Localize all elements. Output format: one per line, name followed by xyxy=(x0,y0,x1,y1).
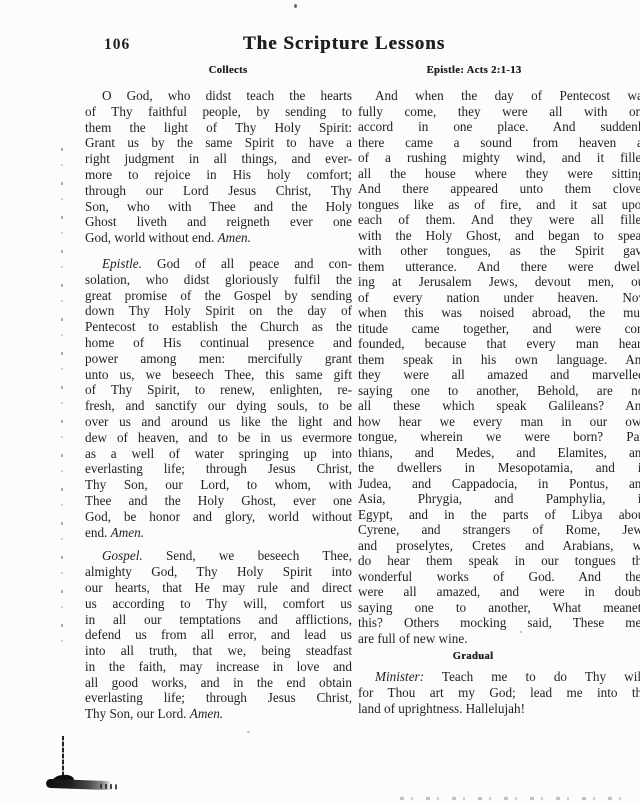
text-line: each of them. And they were all filled xyxy=(358,212,640,228)
text-line: everlasting life; through Jesus Christ, xyxy=(85,690,352,706)
text-line: wonderful works of God. And they xyxy=(358,569,640,585)
text-line: tongue, wherein we were born? Par- xyxy=(358,429,640,445)
text-line: down Thy Holy Spirit on the day of xyxy=(85,303,352,319)
scanned-book-page: 106 The Scripture Lessons Collects Epist… xyxy=(0,0,640,804)
text-line: solation, who didst gloriously fulfil th… xyxy=(85,272,352,288)
text-line: fully come, they were all with one xyxy=(358,104,640,120)
text-line: with the Holy Ghost, and began to speak xyxy=(358,228,640,244)
text-line: in all our temptations and afflictions, xyxy=(85,612,352,628)
text-line: Cyrene, and strangers of Rome, Jews xyxy=(358,522,640,538)
gradual-text-block: Minister: Teach me to do Thy will,for Th… xyxy=(358,669,640,718)
text-line: through our Lord Jesus Christ, Thy xyxy=(85,183,352,199)
gradual-heading: Gradual xyxy=(358,651,588,662)
text-line: when this was noised abroad, the mul- xyxy=(358,305,640,321)
text-line: of a rushing mighty wind, and it filled xyxy=(358,150,640,166)
ink-speckles-artifact xyxy=(100,784,118,790)
scan-speck xyxy=(247,731,250,733)
left-margin-scan-noise xyxy=(61,148,63,643)
text-line: Thy Son, our Lord, to whom, with xyxy=(85,477,352,493)
text-line: them utterance. And there were dwell- xyxy=(358,259,640,275)
text-line: Thy Son, our Lord. Amen. xyxy=(85,706,352,722)
text-line: with other tongues, as the Spirit gave xyxy=(358,243,640,259)
text-line: right judgment in all things, and ever- xyxy=(85,151,352,167)
text-line: us according to Thy will, comfort us xyxy=(85,596,352,612)
paragraph: Gospel. Send, we beseech Thee,almighty G… xyxy=(85,548,352,722)
text-line: God, be honor and glory, world without xyxy=(85,509,352,525)
bottom-edge-scan-noise xyxy=(400,797,625,800)
text-line: them speak in his own language. And xyxy=(358,352,640,368)
text-line: all the house where they were sitting. xyxy=(358,166,640,182)
text-line: thians, and Medes, and Elamites, and xyxy=(358,445,640,461)
text-line: do hear them speak in our tongues the xyxy=(358,553,640,569)
text-line: all these which speak Galileans? And xyxy=(358,398,640,414)
text-line: Son, who with Thee and the Holy xyxy=(85,199,352,215)
text-line: in the faith, may increase in love and xyxy=(85,659,352,675)
scan-speck xyxy=(294,4,297,8)
text-line: Asia, Phrygia, and Pamphylia, in xyxy=(358,491,640,507)
text-line: power among men: mercifully grant xyxy=(85,351,352,367)
text-line: how hear we every man in our own xyxy=(358,414,640,430)
text-line: ing at Jerusalem Jews, devout men, out xyxy=(358,274,640,290)
paragraph: O God, who didst teach the heartsof Thy … xyxy=(85,88,352,246)
text-line: O God, who didst teach the hearts xyxy=(85,88,352,104)
ink-smear-artifact xyxy=(46,779,112,790)
text-line: Judea, and Cappadocia, in Pontus, and xyxy=(358,476,640,492)
text-line: And when the day of Pentecost was xyxy=(358,88,640,104)
text-line: of Thy Spirit, to renew, enlighten, re- xyxy=(85,382,352,398)
text-line: land of uprightness. Hallelujah! xyxy=(358,701,640,717)
text-line: fresh, and sanctify our dying souls, to … xyxy=(85,398,352,414)
text-line: saying one to another, Behold, are not xyxy=(358,383,640,399)
text-line: them the light of Thy Holy Spirit: xyxy=(85,120,352,136)
text-line: all good works, and in the end obtain xyxy=(85,675,352,691)
text-line: are full of new wine. xyxy=(358,631,640,647)
right-text-column: And when the day of Pentecost wasfully c… xyxy=(358,88,640,646)
text-line: over us and around us like the light and xyxy=(85,414,352,430)
paragraph: Epistle. God of all peace and con-solati… xyxy=(85,256,352,540)
page-number: 106 xyxy=(104,36,130,54)
paragraph: And when the day of Pentecost wasfully c… xyxy=(358,88,640,646)
text-line: more to rejoice in His holy comfort; xyxy=(85,167,352,183)
text-line: Pentecost to establish the Church as the xyxy=(85,319,352,335)
text-line: and proselytes, Cretes and Arabians, we xyxy=(358,538,640,554)
text-line: into all truth, that we, being steadfast xyxy=(85,643,352,659)
text-line: they were all amazed and marvelled, xyxy=(358,367,640,383)
text-line: tongues like as of fire, and it sat upon xyxy=(358,197,640,213)
text-line: there came a sound from heaven as xyxy=(358,135,640,151)
text-line: for Thou art my God; lead me into the xyxy=(358,685,640,701)
text-line: home of His continual presence and xyxy=(85,335,352,351)
text-line: founded, because that every man heard xyxy=(358,336,640,352)
text-line: Gospel. Send, we beseech Thee, xyxy=(85,548,352,564)
ink-line-artifact xyxy=(62,736,64,780)
text-line: were all amazed, and were in doubt, xyxy=(358,584,640,600)
collects-heading: Collects xyxy=(92,65,364,76)
left-text-column: O God, who didst teach the heartsof Thy … xyxy=(85,88,352,722)
text-line: Egypt, and in the parts of Libya about xyxy=(358,507,640,523)
text-line: of Thy faithful people, by sending to xyxy=(85,104,352,120)
text-line: our hearts, that He may rule and direct xyxy=(85,580,352,596)
text-line: dew of heaven, and to be in us evermore xyxy=(85,430,352,446)
text-line: end. Amen. xyxy=(85,525,352,541)
paragraph: Minister: Teach me to do Thy will,for Th… xyxy=(358,669,640,718)
text-line: And there appeared unto them cloven xyxy=(358,181,640,197)
text-line: the dwellers in Mesopotamia, and in xyxy=(358,460,640,476)
ink-blot-artifact xyxy=(52,774,75,789)
text-line: great promise of the Gospel by sending xyxy=(85,288,352,304)
text-line: Ghost liveth and reigneth ever one xyxy=(85,214,352,230)
text-line: Minister: Teach me to do Thy will, xyxy=(358,669,640,685)
text-line: of every nation under heaven. Now xyxy=(358,290,640,306)
text-line: defend us from all error, and lead us xyxy=(85,627,352,643)
text-line: Thee and the Holy Ghost, ever one xyxy=(85,493,352,509)
text-line: saying one to another, What meaneth xyxy=(358,600,640,616)
epistle-reference-heading: Epistle: Acts 2:1-13 xyxy=(358,65,590,76)
page-title: The Scripture Lessons xyxy=(243,33,445,55)
text-line: everlasting life; through Jesus Christ, xyxy=(85,461,352,477)
text-line: unto us, we beseech Thee, this same gift xyxy=(85,367,352,383)
text-line: titude came together, and were con- xyxy=(358,321,640,337)
text-line: almighty God, Thy Holy Spirit into xyxy=(85,564,352,580)
text-line: Epistle. God of all peace and con- xyxy=(85,256,352,272)
text-line: Grant us by the same Spirit to have a xyxy=(85,135,352,151)
text-line: this? Others mocking said, These men xyxy=(358,615,640,631)
text-line: as a well of water springing up into xyxy=(85,446,352,462)
text-line: God, world without end. Amen. xyxy=(85,230,352,246)
text-line: accord in one place. And suddenly xyxy=(358,119,640,135)
